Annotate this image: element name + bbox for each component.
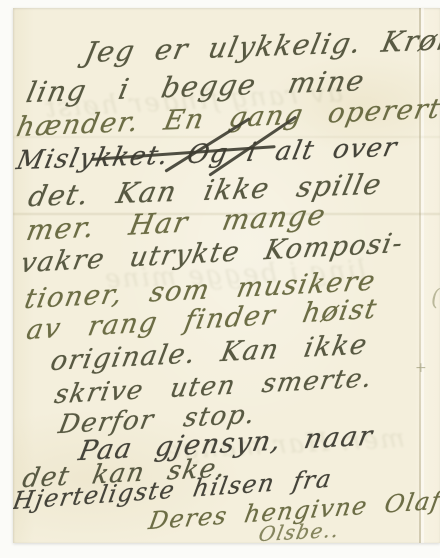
handwriting-line-1: Jeg er ulykkelig. Krøb- xyxy=(81,22,440,69)
signature-surname: Olsbe.. xyxy=(257,518,343,543)
letter-paper: av rang finder høist ling i begge mine m… xyxy=(13,8,440,543)
vertical-fold-highlight xyxy=(421,8,424,543)
bleedthrough-mark-curve: ( xyxy=(431,286,440,311)
letter-scan: av rang finder høist ling i begge mine m… xyxy=(0,0,440,558)
bleedthrough-mark-cross: + xyxy=(415,360,427,376)
